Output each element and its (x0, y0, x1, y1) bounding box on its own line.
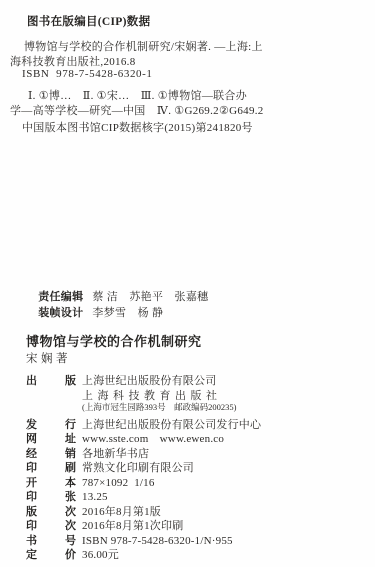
sheets-value: 13.25 (82, 491, 108, 503)
cip-classification-line-2: 学—高等学校—研究—中国 Ⅳ. ①G269.2②G649.2 (10, 102, 264, 118)
imprint-row-sheets: 印张 13.25 (26, 488, 375, 503)
imprint-row-price: 定价 36.00元 (26, 546, 375, 561)
publisher-address: (上海市冠生园路393号 邮政编码200235) (82, 401, 236, 413)
format-value: 787×1092 1/16 (82, 477, 155, 489)
printing-value: 2016年8月第1次印刷 (82, 517, 183, 533)
credit-row-designer: 装帧设计李梦雪 杨 静 (26, 292, 163, 332)
imprint-row-retailer: 经销 各地新华书店 (26, 445, 375, 460)
cip-description-line-1: 博物馆与学校的合作机制研究/宋娴著. —上海:上 (24, 38, 263, 54)
imprint-row-publisher: 出版 上海世纪出版股份有限公司 (26, 372, 375, 387)
imprint-row-publisher-2: 上海科技教育出版社 (26, 387, 375, 402)
imprint-row-distributor: 发行 上海世纪出版股份有限公司发行中心 (26, 416, 375, 431)
imprint-row-format: 开本 787×1092 1/16 (26, 474, 375, 489)
imprint-row-printer: 印刷 常熟文化印刷有限公司 (26, 459, 375, 474)
designer-label: 装帧设计 (38, 307, 83, 319)
cip-description-line-2: 海科技教育出版社,2016.8 (10, 53, 136, 69)
cip-heading: 图书在版编目(CIP)数据 (27, 13, 150, 29)
imprint-row-address: (上海市冠生园路393号 邮政编码200235) (26, 401, 375, 416)
cip-record-number: 中国版本图书馆CIP数据核字(2015)第241820号 (22, 119, 253, 135)
printer-value: 常熟文化印刷有限公司 (82, 459, 194, 475)
cip-isbn-line: ISBN 978-7-5428-6320-1 (22, 68, 153, 80)
book-title: 博物馆与学校的合作机制研究 (26, 331, 202, 350)
imprint-row-edition: 版次 2016年8月第1版 (26, 503, 375, 518)
imprint-row-printing: 印次 2016年8月第1次印刷 (26, 517, 375, 532)
copyright-page: 图书在版编目(CIP)数据 博物馆与学校的合作机制研究/宋娴著. —上海:上 海… (0, 0, 375, 567)
imprint-row-website: 网址 www.sste.com www.ewen.co (26, 430, 375, 445)
designer-names: 李梦雪 杨 静 (92, 307, 163, 319)
isbn-value: ISBN 978-7-5428-6320-1/N·955 (82, 535, 233, 547)
price-label: 定价 (26, 546, 76, 562)
book-author: 宋 娴 著 (26, 350, 68, 366)
price-value: 36.00元 (82, 546, 119, 562)
imprint-block: 出版 上海世纪出版股份有限公司 上海科技教育出版社 (上海市冠生园路393号 邮… (26, 372, 375, 561)
cip-classification-line-1: Ⅰ. ①博… Ⅱ. ①宋… Ⅲ. ①博物馆—联合办 (28, 87, 247, 103)
imprint-row-isbn: 书号 ISBN 978-7-5428-6320-1/N·955 (26, 532, 375, 547)
publisher-label: 出版 (26, 372, 76, 388)
